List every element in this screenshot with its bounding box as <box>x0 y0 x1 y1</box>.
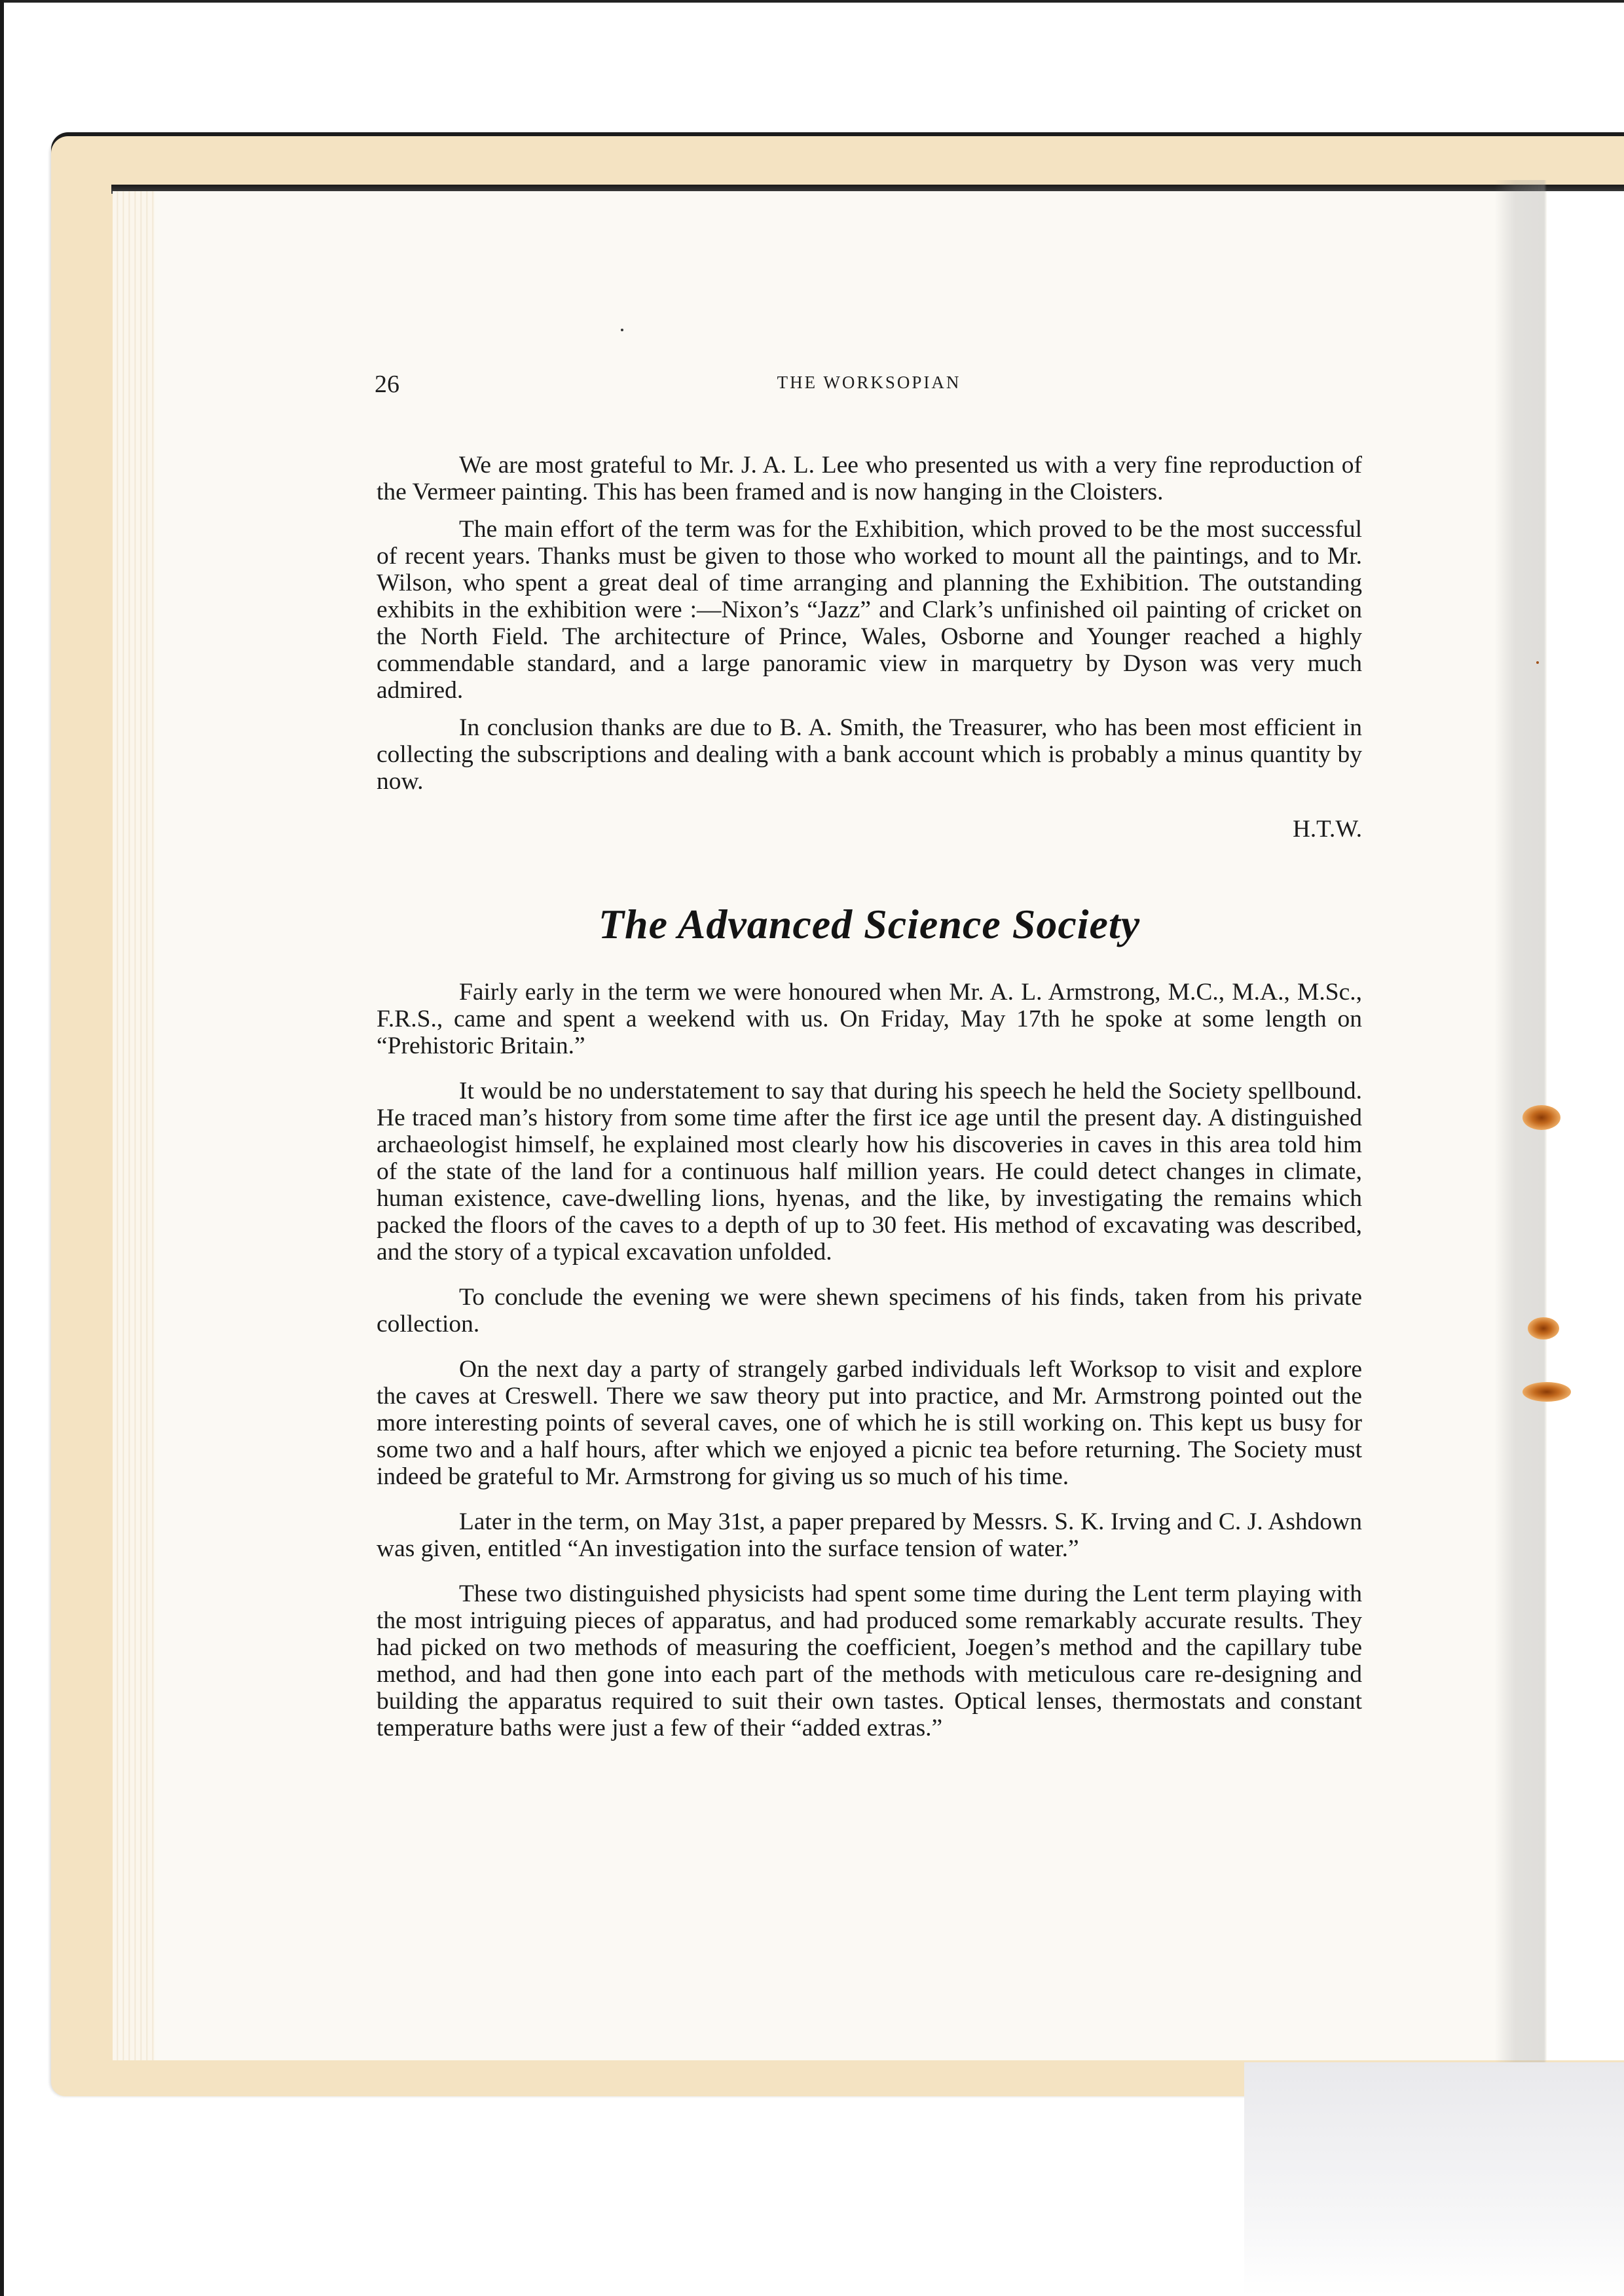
facing-page-edge <box>1547 191 1624 2060</box>
paragraph: On the next day a party of strangely gar… <box>377 1356 1362 1490</box>
paragraph: We are most grateful to Mr. J. A. L. Lee… <box>377 452 1362 505</box>
paragraph: Fairly early in the term we were honoure… <box>377 979 1362 1059</box>
rust-stain <box>1522 1382 1571 1402</box>
paragraph: The main effort of the term was for the … <box>377 516 1362 704</box>
science-society-report: Fairly early in the term we were honoure… <box>377 979 1362 1752</box>
rust-stain <box>1522 1105 1560 1130</box>
section-title: The Advanced Science Society <box>377 900 1362 949</box>
paragraph: It would be no understatement to say tha… <box>377 1078 1362 1266</box>
art-society-report: We are most grateful to Mr. J. A. L. Lee… <box>377 452 1362 805</box>
paragraph: These two distinguished physicists had s… <box>377 1580 1362 1741</box>
journal-title: THE WORKSOPIAN <box>375 373 1363 393</box>
signature: H.T.W. <box>377 815 1362 843</box>
ink-speck <box>1536 661 1539 664</box>
running-head: 26 THE WORKSOPIAN <box>375 370 1363 396</box>
scan-top-edge <box>0 0 1624 3</box>
rust-stain <box>1528 1317 1559 1339</box>
paragraph: In conclusion thanks are due to B. A. Sm… <box>377 714 1362 795</box>
scan-bed-shadow <box>1244 2062 1624 2296</box>
page-stack-edges <box>113 191 155 2060</box>
paragraph: To conclude the evening we were shewn sp… <box>377 1284 1362 1338</box>
paragraph: Later in the term, on May 31st, a paper … <box>377 1508 1362 1562</box>
ink-speck <box>621 329 623 331</box>
scan-left-edge <box>0 0 4 2296</box>
